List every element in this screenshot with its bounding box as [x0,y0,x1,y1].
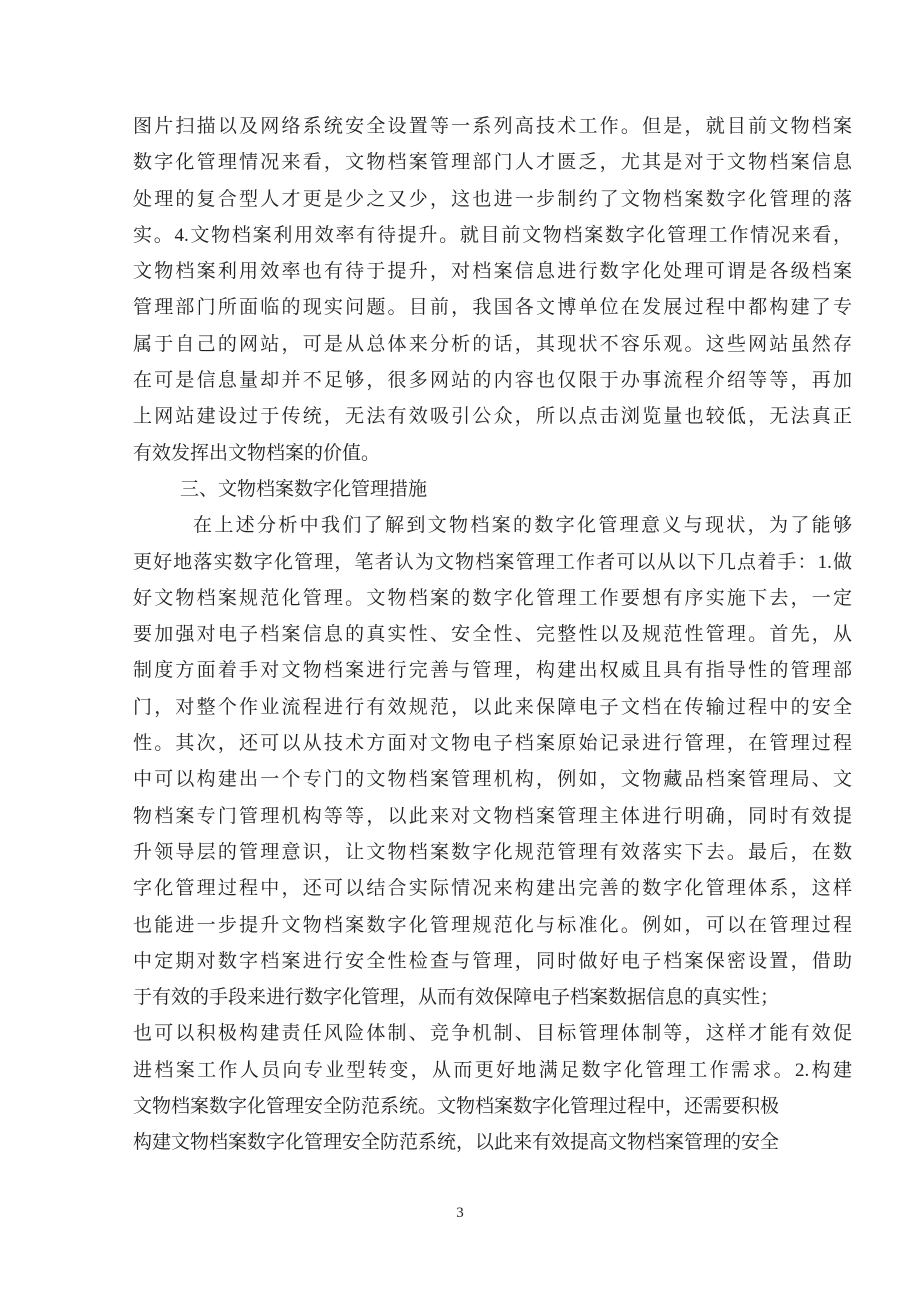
text-line: 文物档案数字化管理安全防范系统。文物档案数字化管理过程中，还需要积极 [133,1089,852,1125]
text-line: 构建文物档案数字化管理安全防范系统，以此来有效提高文物档案管理的安全 [133,1125,852,1161]
text-line: 制度方面着手对文物档案进行完善与管理，构建出权威且具有指导性的管理部 [133,653,852,689]
document-page: 图片扫描以及网络系统安全设置等一系列高技术工作。但是，就目前文物档案数字化管理情… [0,0,920,1302]
text-line: 物档案专门管理机构等等，以此来对文物档案管理主体进行明确，同时有效提 [133,799,852,835]
text-line: 也能进一步提升文物档案数字化管理规范化与标准化。例如，可以在管理过程 [133,908,852,944]
text-line: 实。4.文物档案利用效率有待提升。就目前文物档案数字化管理工作情况来看， [133,218,852,254]
text-line: 有效发挥出文物档案的价值。 [133,436,852,472]
text-line: 中定期对数字档案进行安全性检查与管理，同时做好电子档案保密设置，借助 [133,944,852,980]
text-block: 图片扫描以及网络系统安全设置等一系列高技术工作。但是，就目前文物档案数字化管理情… [133,109,852,1162]
text-line: 数字化管理情况来看，文物档案管理部门人才匮乏，尤其是对于文物档案信息 [133,145,852,181]
text-line: 三、文物档案数字化管理措施 [133,472,852,508]
text-line: 进档案工作人员向专业型转变，从而更好地满足数字化管理工作需求。2.构建 [133,1053,852,1089]
text-line: 门，对整个作业流程进行有效规范，以此来保障电子文档在传输过程中的安全 [133,690,852,726]
text-line: 中可以构建出一个专门的文物档案管理机构，例如，文物藏品档案管理局、文 [133,762,852,798]
text-line: 处理的复合型人才更是少之又少，这也进一步制约了文物档案数字化管理的落 [133,182,852,218]
text-line: 属于自己的网站，可是从总体来分析的话，其现状不容乐观。这些网站虽然存 [133,327,852,363]
text-line: 文物档案利用效率也有待于提升，对档案信息进行数字化处理可谓是各级档案 [133,254,852,290]
page-number: 3 [0,1202,920,1224]
text-line: 在可是信息量却并不足够，很多网站的内容也仅限于办事流程介绍等等，再加 [133,363,852,399]
text-line: 字化管理过程中，还可以结合实际情况来构建出完善的数字化管理体系，这样 [133,871,852,907]
text-line: 性。其次，还可以从技术方面对文物电子档案原始记录进行管理，在管理过程 [133,726,852,762]
text-line: 更好地落实数字化管理，笔者认为文物档案管理工作者可以从以下几点着手：1.做 [133,545,852,581]
text-line: 上网站建设过于传统，无法有效吸引公众，所以点击浏览量也较低，无法真正 [133,399,852,435]
text-line: 也可以积极构建责任风险体制、竞争机制、目标管理体制等，这样才能有效促 [133,1016,852,1052]
text-line: 要加强对电子档案信息的真实性、安全性、完整性以及规范性管理。首先，从 [133,617,852,653]
text-line: 于有效的手段来进行数字化管理，从而有效保障电子档案数据信息的真实性； [133,980,852,1016]
text-line: 图片扫描以及网络系统安全设置等一系列高技术工作。但是，就目前文物档案 [133,109,852,145]
text-line: 管理部门所面临的现实问题。目前，我国各文博单位在发展过程中都构建了专 [133,290,852,326]
text-line: 升领导层的管理意识，让文物档案数字化规范管理有效落实下去。最后，在数 [133,835,852,871]
text-line: 好文物档案规范化管理。文物档案的数字化管理工作要想有序实施下去，一定 [133,581,852,617]
text-line: 在上述分析中我们了解到文物档案的数字化管理意义与现状，为了能够 [133,508,852,544]
